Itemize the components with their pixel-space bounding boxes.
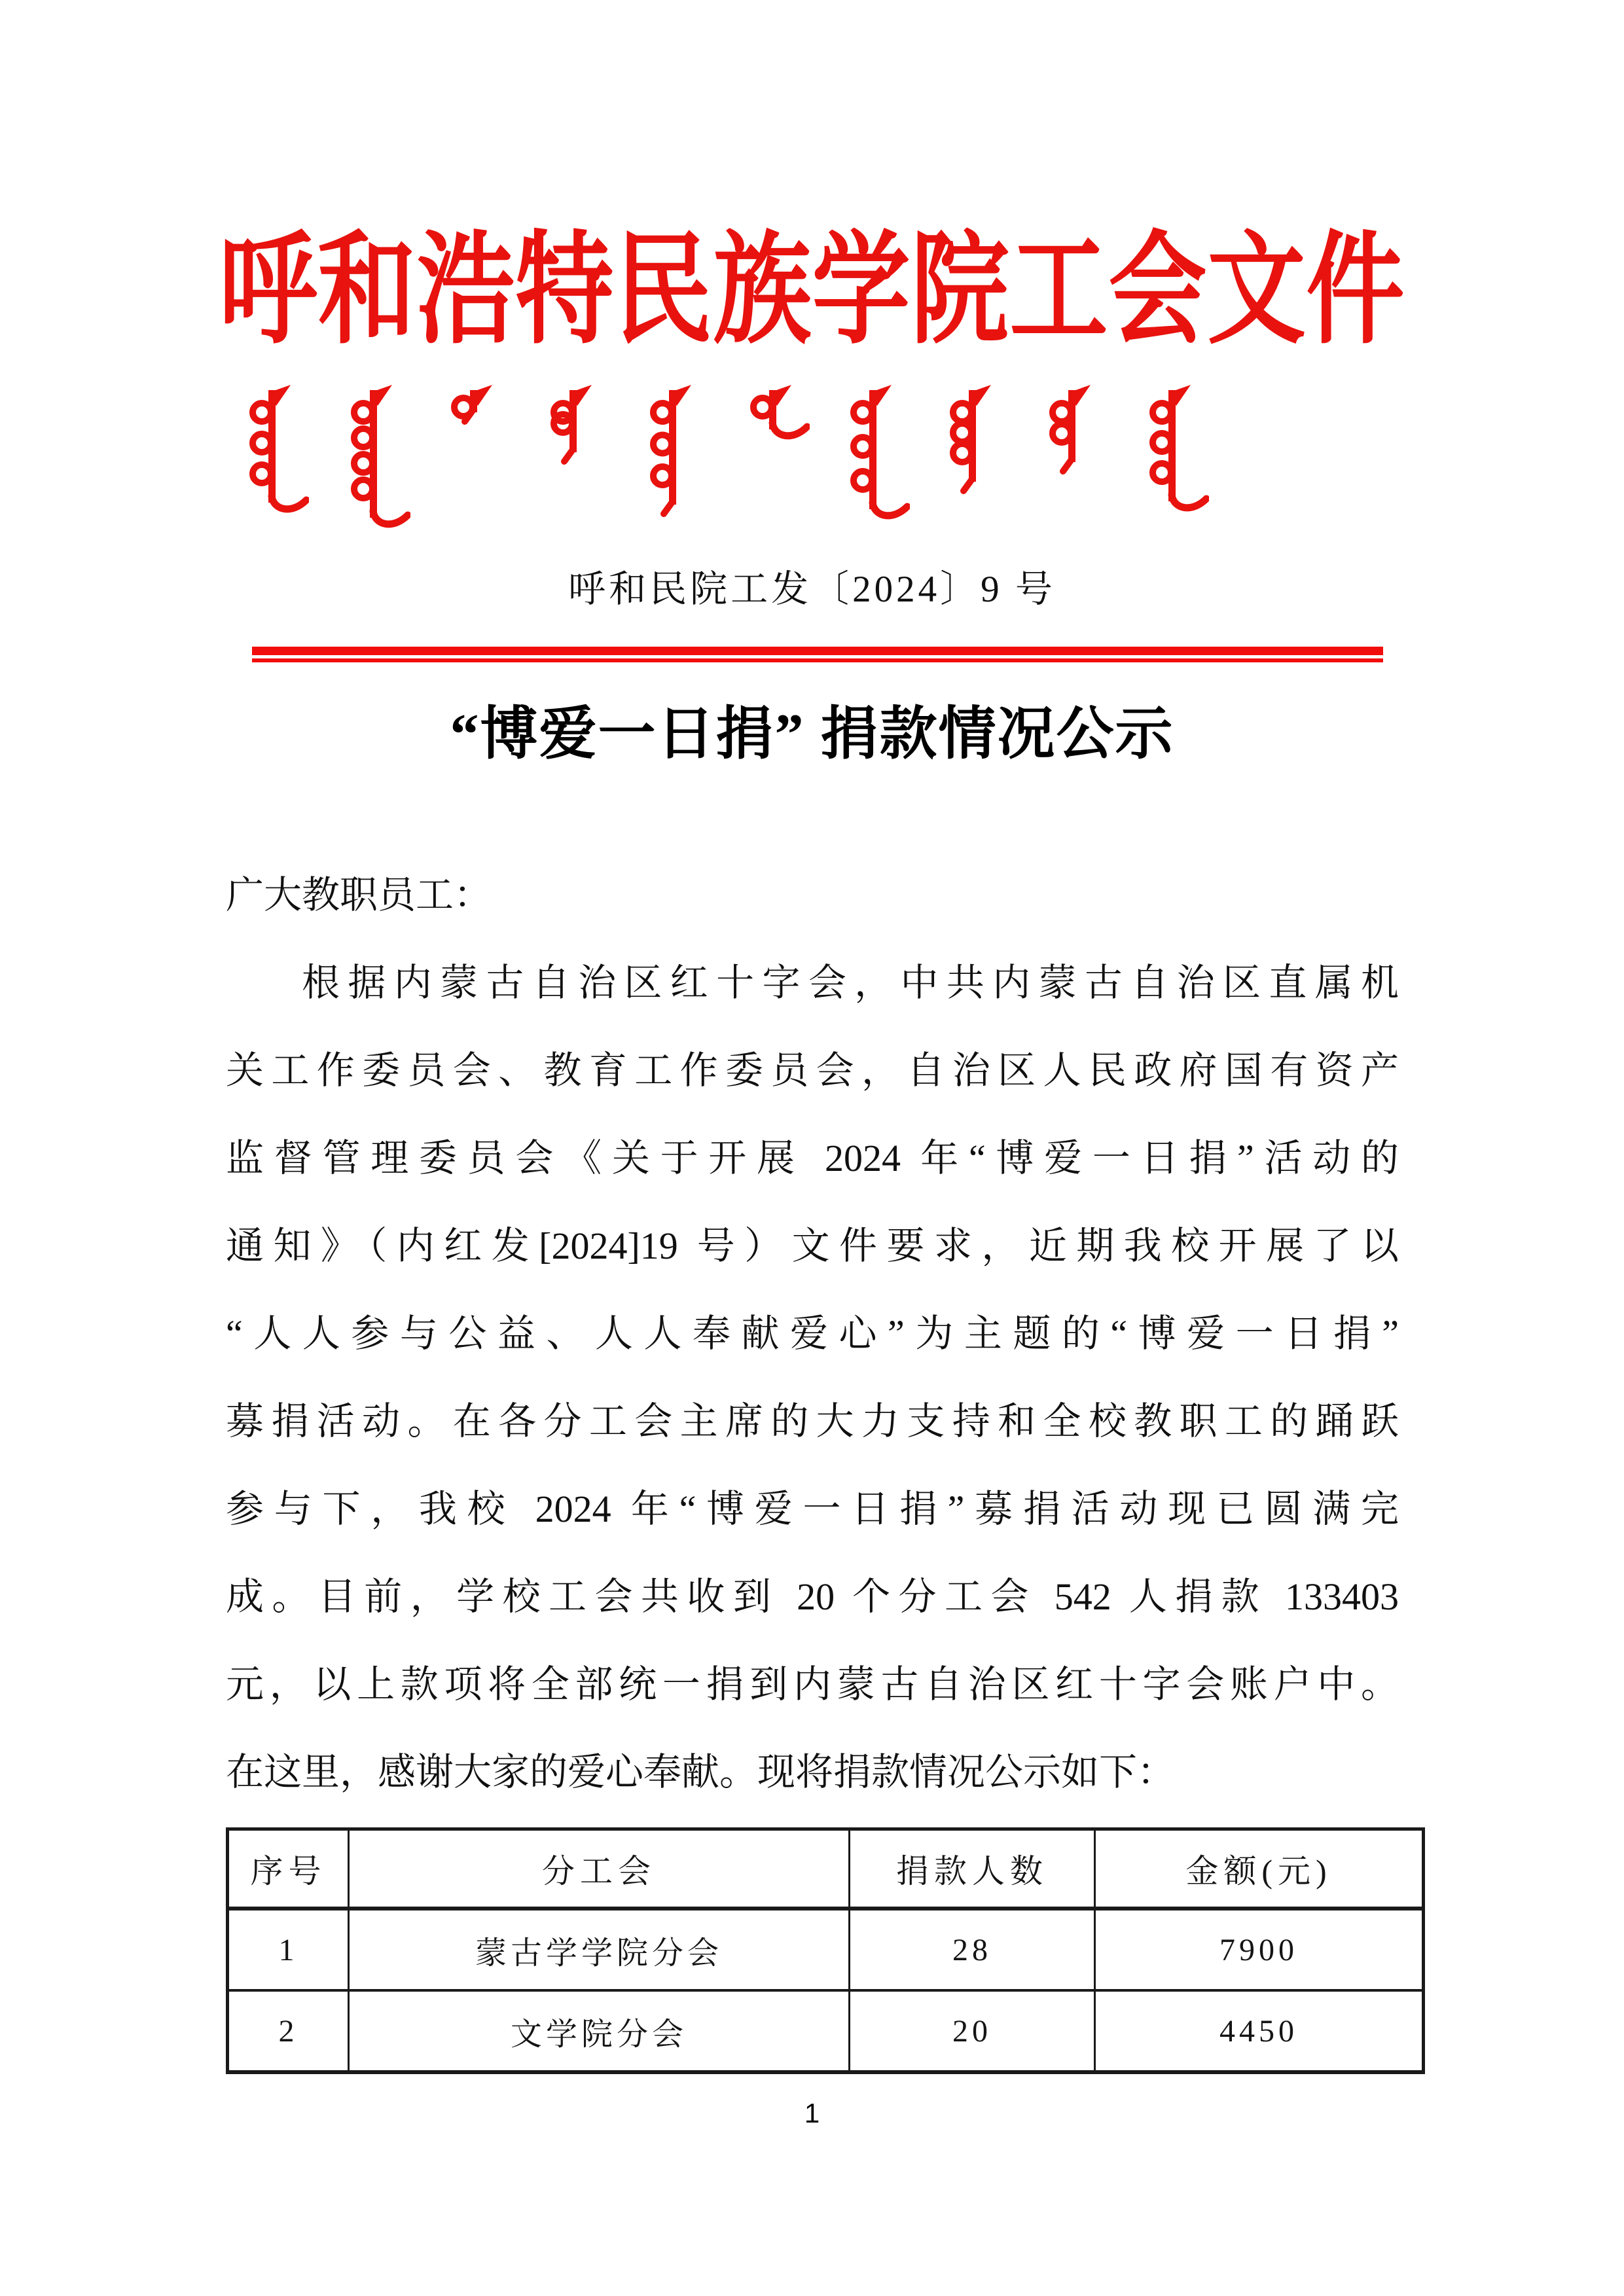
mongolian-word [1136, 385, 1209, 522]
body-line: 元，以上款项将全部统一捐到内蒙古自治区红十字会账户中。 [226, 1641, 1399, 1729]
body-paragraph: 广大教职员工：根据内蒙古自治区红十字会，中共内蒙古自治区直属机关工作委员会、教育… [226, 852, 1399, 1816]
body-line: 监督管理委员会《关于开展 2024 年“博爱一日捐”活动的 [226, 1115, 1399, 1202]
mongolian-word-glyph [537, 385, 610, 469]
body-line: 广大教职员工： [226, 852, 1399, 939]
table-cell: 1 [228, 1909, 349, 1990]
mongolian-word [337, 385, 410, 538]
body-line: 募捐活动。在各分工会主席的大力支持和全校教职工的踊跃 [226, 1378, 1399, 1465]
mongolian-word [1036, 385, 1109, 482]
mongolian-word [837, 385, 910, 529]
donation-table: 序号分工会捐款人数金额(元) 1蒙古学学院分会2879002文学院分会20445… [226, 1827, 1425, 2074]
red-separator-rule [252, 647, 1383, 662]
table-header-cell: 序号 [228, 1829, 349, 1909]
mongolian-word-glyph [1136, 385, 1209, 518]
org-title-text: 呼和浩特民族学院工会文件 [219, 230, 1405, 352]
body-line: “人人参与公益、人人奉献爱心”为主题的“博爱一日捐” [226, 1290, 1399, 1378]
mongolian-word-glyph [636, 385, 710, 522]
table-header-cell: 捐款人数 [850, 1829, 1095, 1909]
table-header-row: 序号分工会捐款人数金额(元) [228, 1829, 1424, 1909]
table-cell: 4450 [1095, 1990, 1424, 2072]
org-title: 呼和浩特民族学院工会文件 [0, 230, 1624, 329]
page-number: 1 [0, 2098, 1624, 2129]
table-header-cell: 金额(元) [1095, 1829, 1424, 1909]
table-cell: 20 [850, 1990, 1095, 2072]
table-cell: 7900 [1095, 1909, 1424, 1990]
mongolian-word-glyph [236, 385, 309, 520]
mongolian-word-glyph [337, 385, 410, 535]
doc-number: 呼和民院工发〔2024〕9 号 [0, 567, 1624, 613]
table-cell: 28 [850, 1909, 1095, 1990]
mongolian-word-glyph [936, 385, 1009, 499]
mongolian-word [636, 385, 710, 525]
body-line: 根据内蒙古自治区红十字会，中共内蒙古自治区直属机 [226, 939, 1399, 1027]
document-title: “博爱一日捐” 捐款情况公示 [0, 699, 1624, 771]
table-cell: 文学院分会 [349, 1990, 850, 2072]
mongolian-word-glyph [437, 385, 511, 429]
table-row: 1蒙古学学院分会287900 [228, 1909, 1424, 1990]
mongolian-word-glyph [837, 385, 910, 526]
mongolian-word [437, 385, 511, 433]
table-cell: 2 [228, 1990, 349, 2072]
document-page: { "page": { "width": 2481, "height": 350… [0, 0, 1624, 2296]
mongolian-word [537, 385, 610, 473]
table-row: 2文学院分会204450 [228, 1990, 1424, 2072]
mongolian-word [936, 385, 1009, 502]
mongolian-word [236, 385, 309, 523]
table-header-cell: 分工会 [349, 1829, 850, 1909]
mongolian-word [736, 385, 810, 450]
mongolian-word-glyph [1036, 385, 1109, 479]
body-line: 参与下，我校 2024 年“博爱一日捐”募捐活动现已圆满完 [226, 1465, 1399, 1553]
body-line: 通知》（内红发[2024]19 号）文件要求，近期我校开展了以 [226, 1202, 1399, 1290]
body-line: 关工作委员会、教育工作委员会，自治区人民政府国有资产 [226, 1027, 1399, 1115]
body-line: 在这里，感谢大家的爱心奉献。现将捐款情况公示如下： [226, 1729, 1399, 1816]
body-line: 成。目前，学校工会共收到 20 个分工会 542 人捐款 133403 [226, 1553, 1399, 1641]
table-cell: 蒙古学学院分会 [349, 1909, 850, 1990]
mongolian-script-row [0, 385, 1624, 542]
mongolian-word-glyph [736, 385, 810, 446]
